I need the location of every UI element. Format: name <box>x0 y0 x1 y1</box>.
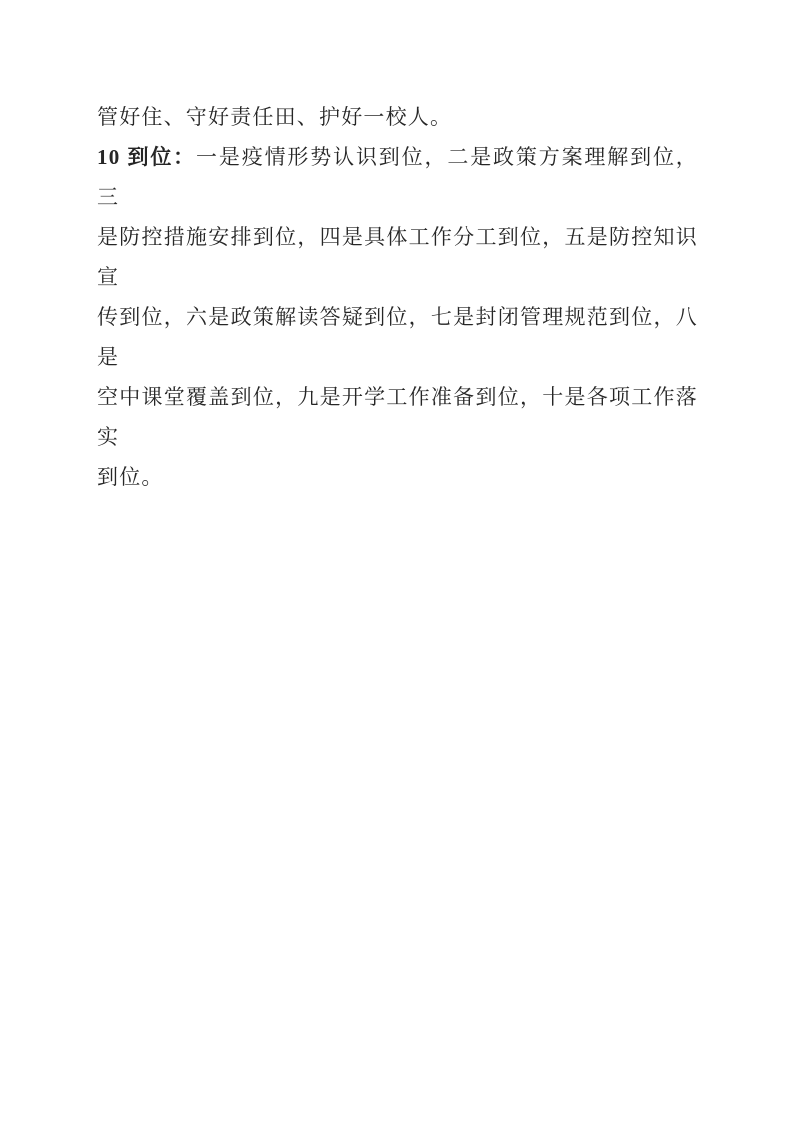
paragraph2-line-3: 传到位，六是政策解读答疑到位，七是封闭管理规范到位，八是 <box>97 297 698 377</box>
paragraph2-line-5: 到位。 <box>97 457 698 497</box>
paragraph2-line-4: 空中课堂覆盖到位，九是开学工作准备到位，十是各项工作落实 <box>97 377 698 457</box>
document-page: 管好住、守好责任田、护好一校人。 10 到位：一是疫情形势认识到位，二是政策方案… <box>0 0 794 1123</box>
paragraph2-lead: 10 到位： <box>97 145 196 169</box>
paragraph1-line: 管好住、守好责任田、护好一校人。 <box>97 97 698 137</box>
paragraph2-line-2: 是防控措施安排到位，四是具体工作分工到位，五是防控知识宣 <box>97 217 698 297</box>
paragraph2-line-1: 10 到位：一是疫情形势认识到位，二是政策方案理解到位，三 <box>97 137 698 217</box>
text-block: 管好住、守好责任田、护好一校人。 10 到位：一是疫情形势认识到位，二是政策方案… <box>97 97 698 497</box>
